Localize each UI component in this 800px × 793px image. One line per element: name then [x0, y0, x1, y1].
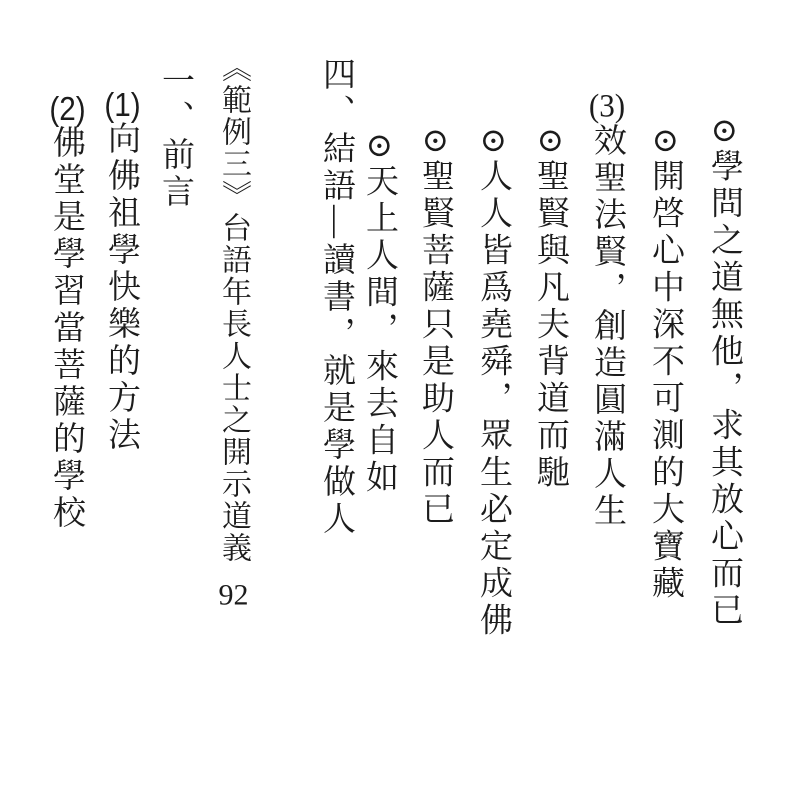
item-number: (1) — [104, 88, 141, 121]
numbered-item-1: (1)向佛祖學快樂的方法 — [102, 88, 142, 454]
column-text: 聖賢菩薩只是助人而已 — [417, 159, 453, 529]
column-text: 開啓心中深不可測的大寶藏 — [647, 159, 683, 603]
column-text: 四、結語—讀書，就是學做人 — [318, 57, 354, 538]
column-text: 學問之道無他，求其放心而已 — [706, 149, 742, 630]
bullet-line-everyone-buddha: ⊙人人皆爲堯舜，眾生必定成佛 — [473, 127, 513, 640]
section-heading-foreword: 一、前言 — [155, 63, 195, 211]
document-page: ⊙學問之道無他，求其放心而已 ⊙開啓心中深不可測的大寶藏 (3)效聖法賢，創造圓… — [0, 0, 800, 793]
column-text: 天上人間，來去自如 — [361, 164, 397, 497]
column-text: 佛堂是學習當菩薩的學校 — [49, 125, 86, 532]
column-text: 聖賢與凡夫背道而馳 — [532, 159, 568, 492]
page-number: 92 — [217, 580, 250, 610]
section-heading-conclusion: 四、結語—讀書，就是學做人 — [316, 57, 356, 538]
item-number: (3) — [589, 90, 625, 123]
numbered-item-2: (2)佛堂是學習當菩薩的學校 — [47, 92, 87, 532]
item-number: (2) — [49, 92, 86, 125]
circled-dot-bullet-icon: ⊙ — [417, 127, 453, 159]
circled-dot-bullet-icon: ⊙ — [706, 117, 742, 149]
column-text: 效聖法賢，創造圓滿人生 — [589, 123, 625, 530]
column-text: 一、前言 — [157, 63, 193, 211]
circled-dot-bullet-icon: ⊙ — [475, 127, 511, 159]
circled-dot-bullet-icon: ⊙ — [532, 127, 568, 159]
bullet-line-sages-help: ⊙聖賢菩薩只是助人而已 — [415, 127, 455, 529]
bullet-line-heaven-earth: ⊙天上人間，來去自如 — [359, 132, 399, 497]
column-text: 《範例三》台語年長人士之開示道義 — [217, 52, 250, 564]
bullet-line-learning-way: ⊙學問之道無他，求其放心而已 — [704, 117, 744, 630]
column-text: 向佛祖學快樂的方法 — [104, 121, 141, 454]
numbered-item-3: (3)效聖法賢，創造圓滿人生 — [587, 90, 627, 530]
circled-dot-bullet-icon: ⊙ — [647, 127, 683, 159]
bullet-line-open-treasure: ⊙開啓心中深不可測的大寶藏 — [645, 127, 685, 603]
example-title-line: 《範例三》台語年長人士之開示道義92 — [214, 52, 252, 610]
circled-dot-bullet-icon: ⊙ — [361, 132, 397, 164]
column-text: 人人皆爲堯舜，眾生必定成佛 — [475, 159, 511, 640]
bullet-line-sages-vs-mortals: ⊙聖賢與凡夫背道而馳 — [530, 127, 570, 492]
